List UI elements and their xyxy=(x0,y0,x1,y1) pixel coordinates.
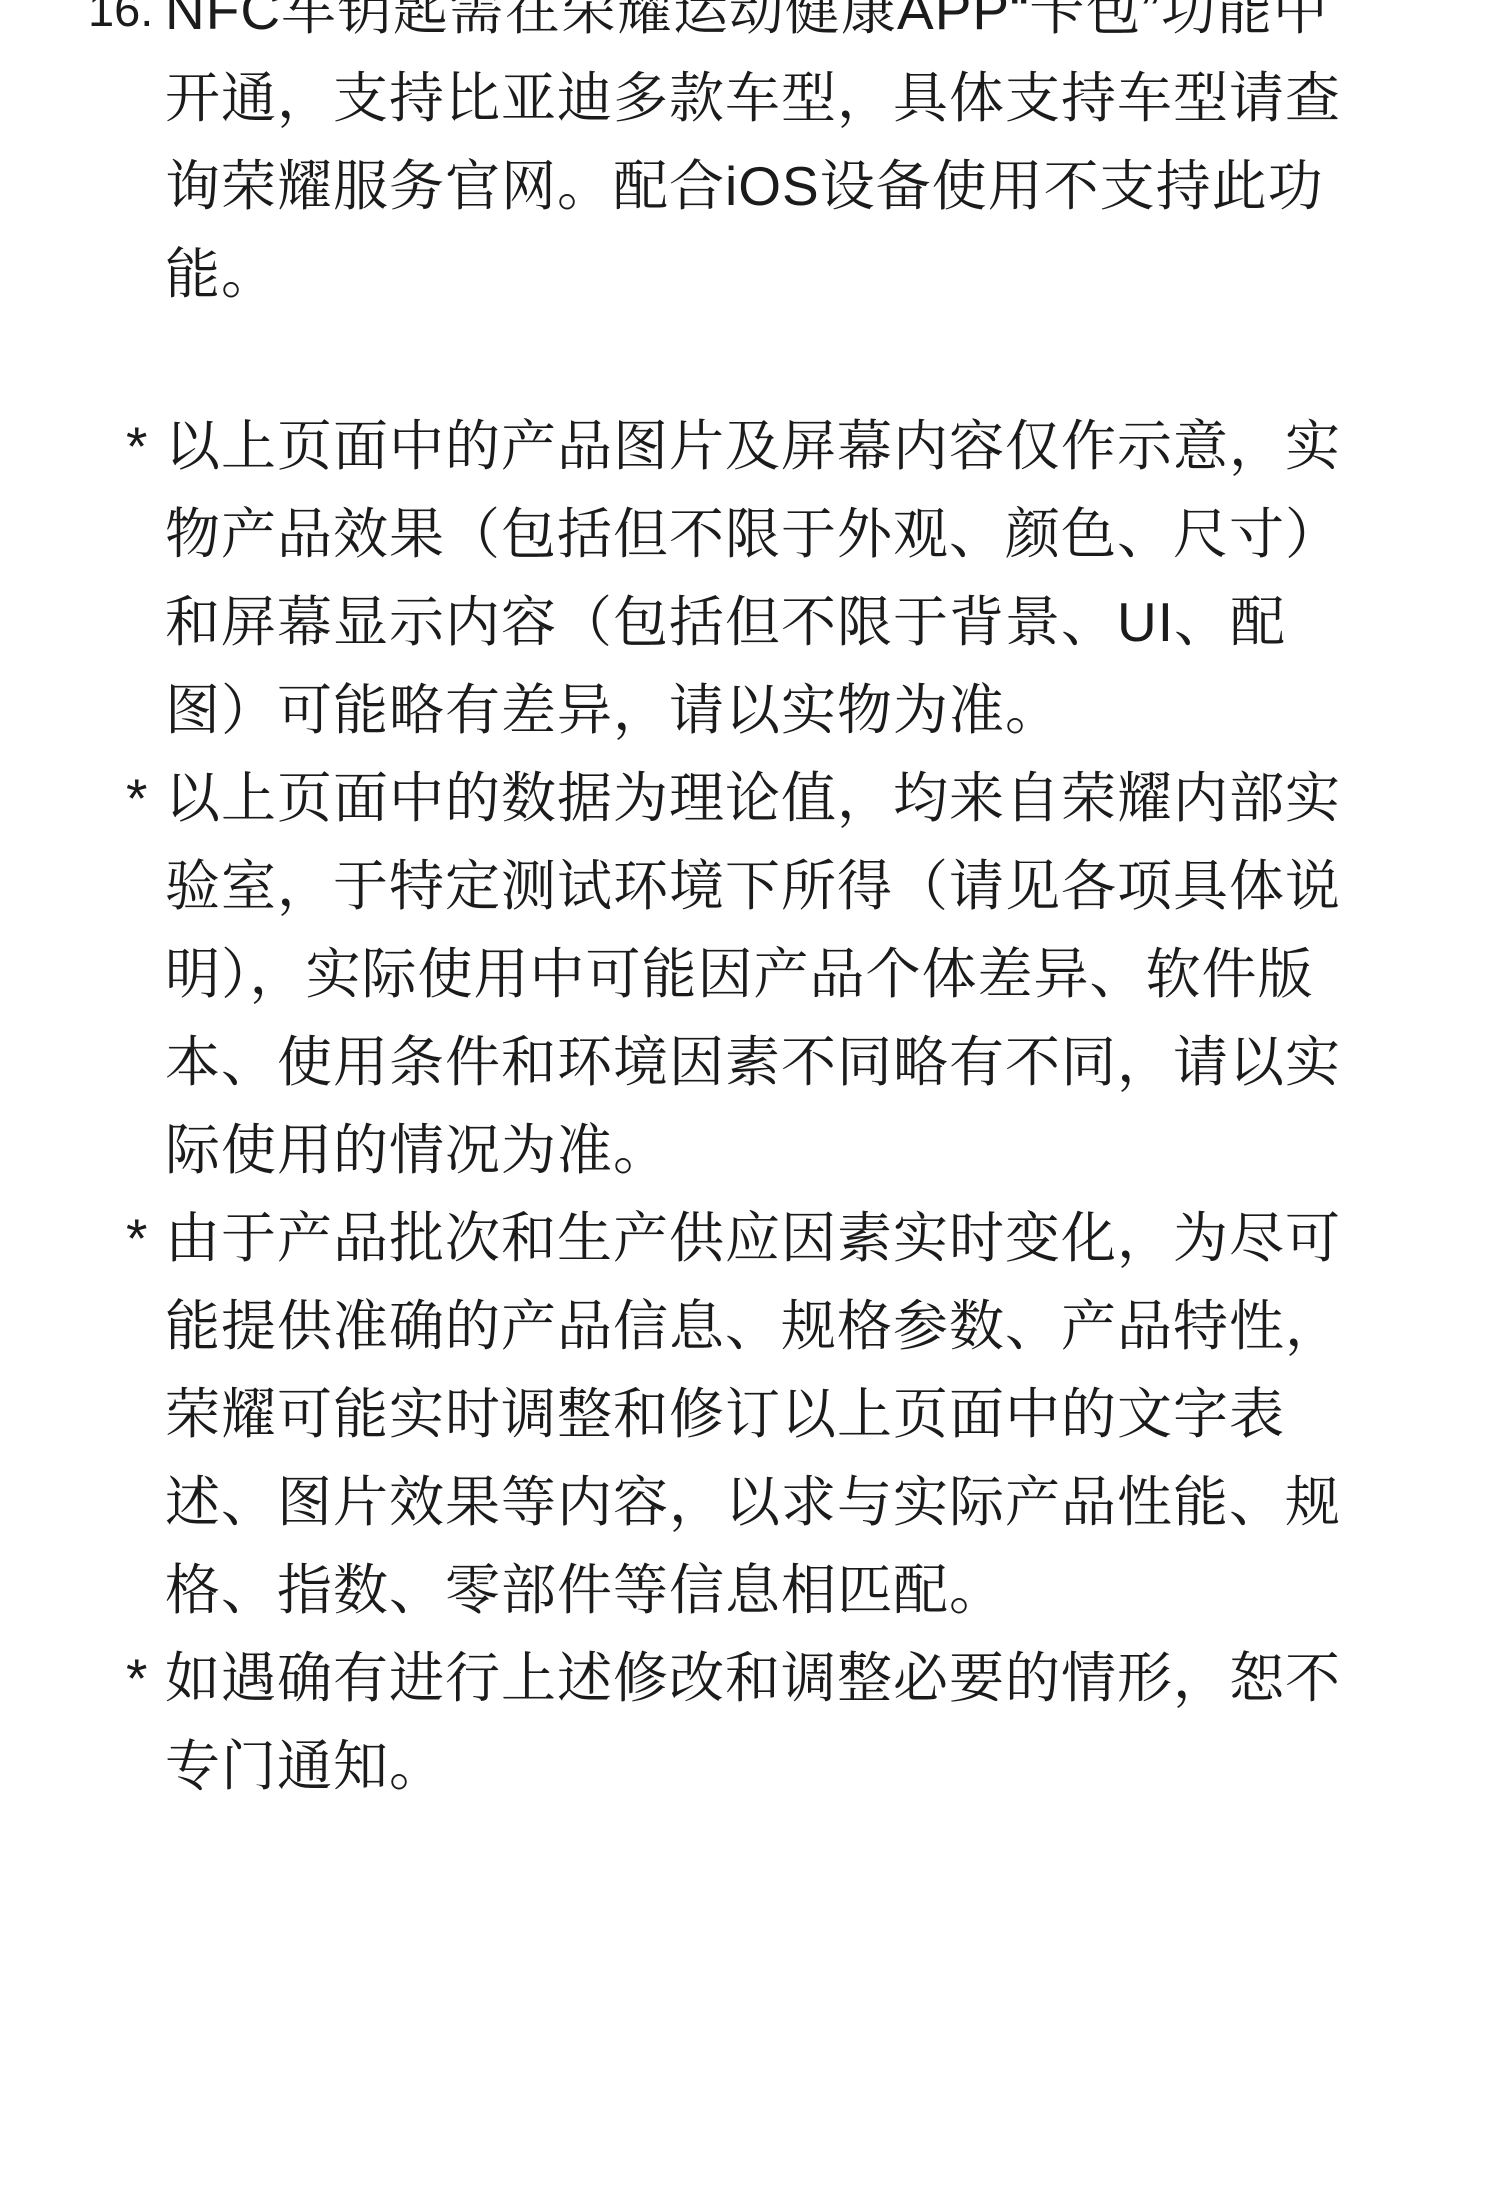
text-line: 询荣耀服务官网。配合iOS设备使用不支持此功 xyxy=(165,142,1500,230)
text-line: 能提供准确的产品信息、规格参数、产品特性， xyxy=(165,1282,1500,1370)
text-line: 格、指数、零部件等信息相匹配。 xyxy=(165,1546,1500,1634)
notes-list: *以上页面中的产品图片及屏幕内容仅作示意，实物产品效果（包括但不限于外观、颜色、… xyxy=(0,402,1500,1810)
disclaimer-page: 16.NFC车钥匙需在荣耀运动健康APP“卡包”功能中开通，支持比亚迪多款车型，… xyxy=(0,0,1500,2195)
paragraph-lines: 如遇确有进行上述修改和调整必要的情形，恕不专门通知。 xyxy=(165,1634,1500,1810)
text-line: 开通，支持比亚迪多款车型，具体支持车型请查 xyxy=(165,54,1500,142)
numbered-item: 16.NFC车钥匙需在荣耀运动健康APP“卡包”功能中开通，支持比亚迪多款车型，… xyxy=(0,0,1500,318)
text-line: 明），实际使用中可能因产品个体差异、软件版 xyxy=(165,930,1500,1018)
text-line: 以上页面中的产品图片及屏幕内容仅作示意，实 xyxy=(165,402,1500,490)
text-line: 能。 xyxy=(165,230,1500,318)
text-line: 述、图片效果等内容，以求与实际产品性能、规 xyxy=(165,1458,1500,1546)
note-item: *以上页面中的数据为理论值，均来自荣耀内部实验室，于特定测试环境下所得（请见各项… xyxy=(0,754,1500,1194)
text-line: 荣耀可能实时调整和修订以上页面中的文字表 xyxy=(165,1370,1500,1458)
text-line: 和屏幕显示内容（包括但不限于背景、UI、配 xyxy=(165,578,1500,666)
text-line: 专门通知。 xyxy=(165,1722,1500,1810)
paragraph-lines: 由于产品批次和生产供应因素实时变化，为尽可能提供准确的产品信息、规格参数、产品特… xyxy=(165,1194,1500,1634)
text-line: 际使用的情况为准。 xyxy=(165,1106,1500,1194)
disclaimer-content: 16.NFC车钥匙需在荣耀运动健康APP“卡包”功能中开通，支持比亚迪多款车型，… xyxy=(0,0,1500,1810)
text-line: 如遇确有进行上述修改和调整必要的情形，恕不 xyxy=(165,1634,1500,1722)
note-item: *如遇确有进行上述修改和调整必要的情形，恕不专门通知。 xyxy=(0,1634,1500,1810)
note-item: *由于产品批次和生产供应因素实时变化，为尽可能提供准确的产品信息、规格参数、产品… xyxy=(0,1194,1500,1634)
text-line: 由于产品批次和生产供应因素实时变化，为尽可 xyxy=(165,1194,1500,1282)
list-number: 16. xyxy=(88,0,153,54)
paragraph-lines: 以上页面中的数据为理论值，均来自荣耀内部实验室，于特定测试环境下所得（请见各项具… xyxy=(165,754,1500,1194)
text-line: 图）可能略有差异，请以实物为准。 xyxy=(165,666,1500,754)
text-line: NFC车钥匙需在荣耀运动健康APP“卡包”功能中 xyxy=(165,0,1500,54)
paragraph-lines: NFC车钥匙需在荣耀运动健康APP“卡包”功能中开通，支持比亚迪多款车型，具体支… xyxy=(165,0,1500,318)
text-line: 物产品效果（包括但不限于外观、颜色、尺寸） xyxy=(165,490,1500,578)
text-line: 以上页面中的数据为理论值，均来自荣耀内部实 xyxy=(165,754,1500,842)
note-asterisk: * xyxy=(126,1194,147,1282)
text-line: 验室，于特定测试环境下所得（请见各项具体说 xyxy=(165,842,1500,930)
note-asterisk: * xyxy=(126,754,147,842)
note-item: *以上页面中的产品图片及屏幕内容仅作示意，实物产品效果（包括但不限于外观、颜色、… xyxy=(0,402,1500,754)
note-asterisk: * xyxy=(126,402,147,490)
note-asterisk: * xyxy=(126,1634,147,1722)
paragraph-lines: 以上页面中的产品图片及屏幕内容仅作示意，实物产品效果（包括但不限于外观、颜色、尺… xyxy=(165,402,1500,754)
text-line: 本、使用条件和环境因素不同略有不同，请以实 xyxy=(165,1018,1500,1106)
